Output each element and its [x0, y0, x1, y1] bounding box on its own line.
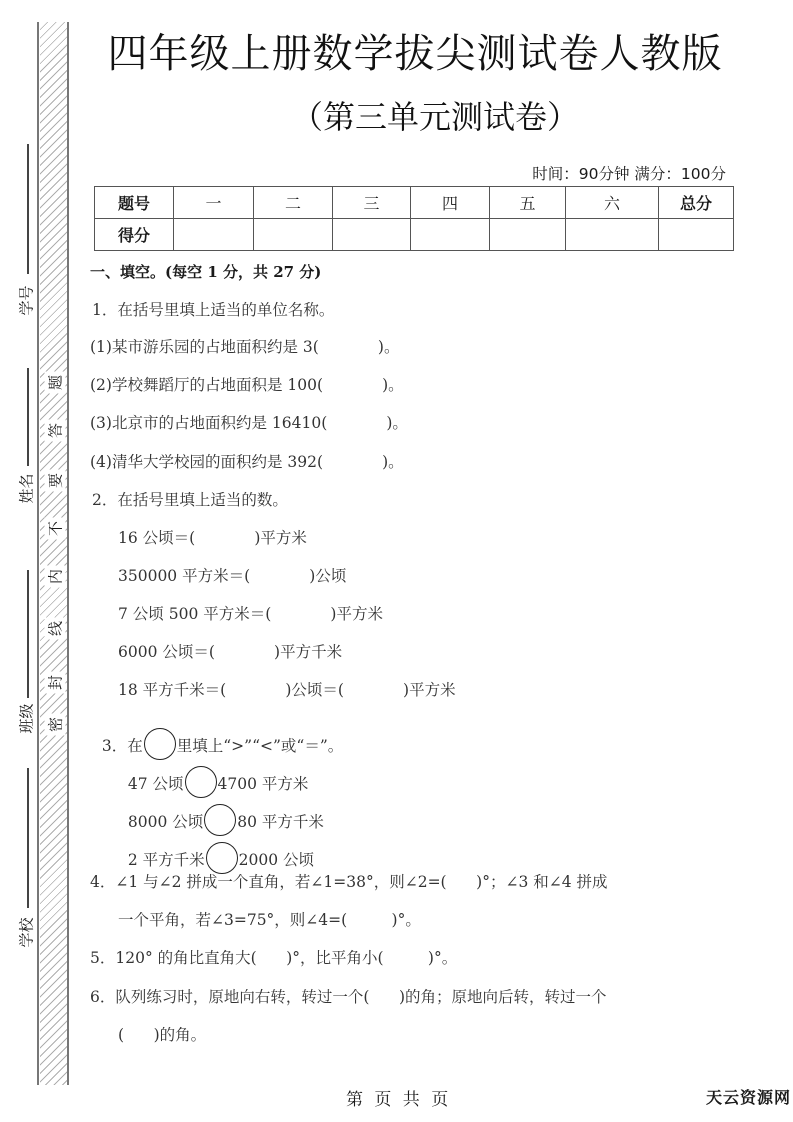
header-cell: 总分 — [659, 187, 734, 219]
class-label: 班级 — [16, 699, 37, 739]
margin-line-right — [67, 22, 69, 1085]
question-1-1: (1)某市游乐园的占地面积约是 3( )。 — [90, 335, 399, 357]
question-4-cont: 一个平角，若∠3=75°，则∠4=( )°。 — [118, 908, 421, 930]
seal-char: 内 — [45, 566, 66, 588]
score-table: 题号 一 二 三 四 五 六 总分 得分 — [94, 186, 734, 251]
question-2-item: 350000 平方米＝( )公顷 — [118, 564, 346, 586]
margin-hatch — [40, 22, 67, 1085]
page-footer: 第 页 共 页 — [346, 1085, 451, 1110]
question-1-3: (3)北京市的占地面积约是 16410( )。 — [90, 411, 408, 433]
question-4: 4．∠1 与∠2 拼成一个直角，若∠1=38°，则∠2=( )°；∠3 和∠4 … — [90, 870, 608, 892]
page-title: 四年级上册数学拔尖测试卷人教版 — [90, 22, 740, 79]
q3-intro-after: 里填上“>”“<”或“＝”。 — [177, 737, 344, 755]
score-cell[interactable] — [174, 219, 254, 251]
name-line[interactable] — [27, 368, 29, 466]
q3-right: 80 平方千米 — [237, 813, 324, 831]
seal-char: 题 — [45, 372, 66, 394]
score-cell[interactable] — [659, 219, 734, 251]
page-subtitle: （第三单元测试卷） — [90, 92, 780, 138]
question-1: 1．在括号里填上适当的单位名称。 — [92, 298, 334, 320]
seal-char: 密 — [45, 714, 66, 736]
question-2-item: 7 公顷 500 平方米＝( )平方米 — [118, 602, 383, 624]
question-6-cont: ( )的角。 — [118, 1023, 206, 1045]
section-heading: 一、填空。(每空 1 分，共 27 分) — [90, 261, 321, 282]
margin-line-left — [37, 22, 39, 1085]
question-2-item: 16 公顷＝( )平方米 — [118, 526, 307, 548]
question-2: 2．在括号里填上适当的数。 — [92, 488, 288, 510]
seal-char: 要 — [45, 470, 66, 492]
header-cell: 题号 — [95, 187, 174, 219]
seal-char: 答 — [45, 420, 66, 442]
score-cell[interactable] — [490, 219, 566, 251]
q3-left: 47 公顷 — [128, 775, 184, 793]
q3-intro-before: 3．在 — [102, 737, 143, 755]
score-cell[interactable] — [411, 219, 490, 251]
name-label: 姓名 — [16, 469, 37, 509]
student-id-label: 学号 — [16, 281, 37, 321]
header-cell: 六 — [566, 187, 659, 219]
seal-char: 线 — [45, 618, 66, 640]
student-id-line[interactable] — [27, 144, 29, 274]
score-cell[interactable] — [566, 219, 659, 251]
score-table-header-row: 题号 一 二 三 四 五 六 总分 — [95, 187, 734, 219]
class-line[interactable] — [27, 570, 29, 698]
question-6: 6．队列练习时，原地向右转，转过一个( )的角；原地向后转，转过一个 — [90, 985, 607, 1007]
question-3-item: 2 平方千米2000 公顷 — [118, 830, 314, 874]
seal-char: 封 — [45, 672, 66, 694]
header-cell: 四 — [411, 187, 490, 219]
seal-char: 不 — [45, 518, 66, 540]
q3-left: 8000 公顷 — [128, 813, 203, 831]
school-label: 学校 — [16, 913, 37, 953]
score-cell[interactable] — [254, 219, 333, 251]
school-line[interactable] — [27, 768, 29, 908]
header-cell: 五 — [490, 187, 566, 219]
q3-right: 4700 平方米 — [218, 775, 309, 793]
score-cell[interactable] — [333, 219, 411, 251]
question-5: 5．120° 的角比直角大( )°，比平角小( )°。 — [90, 946, 457, 968]
q3-right: 2000 公顷 — [239, 851, 314, 869]
header-cell: 一 — [174, 187, 254, 219]
header-cell: 二 — [254, 187, 333, 219]
header-cell: 三 — [333, 187, 411, 219]
question-1-4: (4)清华大学校园的面积约是 392( )。 — [90, 450, 404, 472]
exam-meta: 时间：90分钟 满分：100分 — [532, 162, 726, 184]
score-table-score-row: 得分 — [95, 219, 734, 251]
q3-left: 2 平方千米 — [128, 851, 205, 869]
question-1-2: (2)学校舞蹈厅的占地面积是 100( )。 — [90, 373, 404, 395]
question-2-item: 6000 公顷＝( )平方千米 — [118, 640, 342, 662]
question-2-item: 18 平方千米＝( )公顷＝( )平方米 — [118, 678, 456, 700]
brand-watermark: 天云资源网 — [706, 1085, 791, 1108]
row-label: 得分 — [95, 219, 174, 251]
